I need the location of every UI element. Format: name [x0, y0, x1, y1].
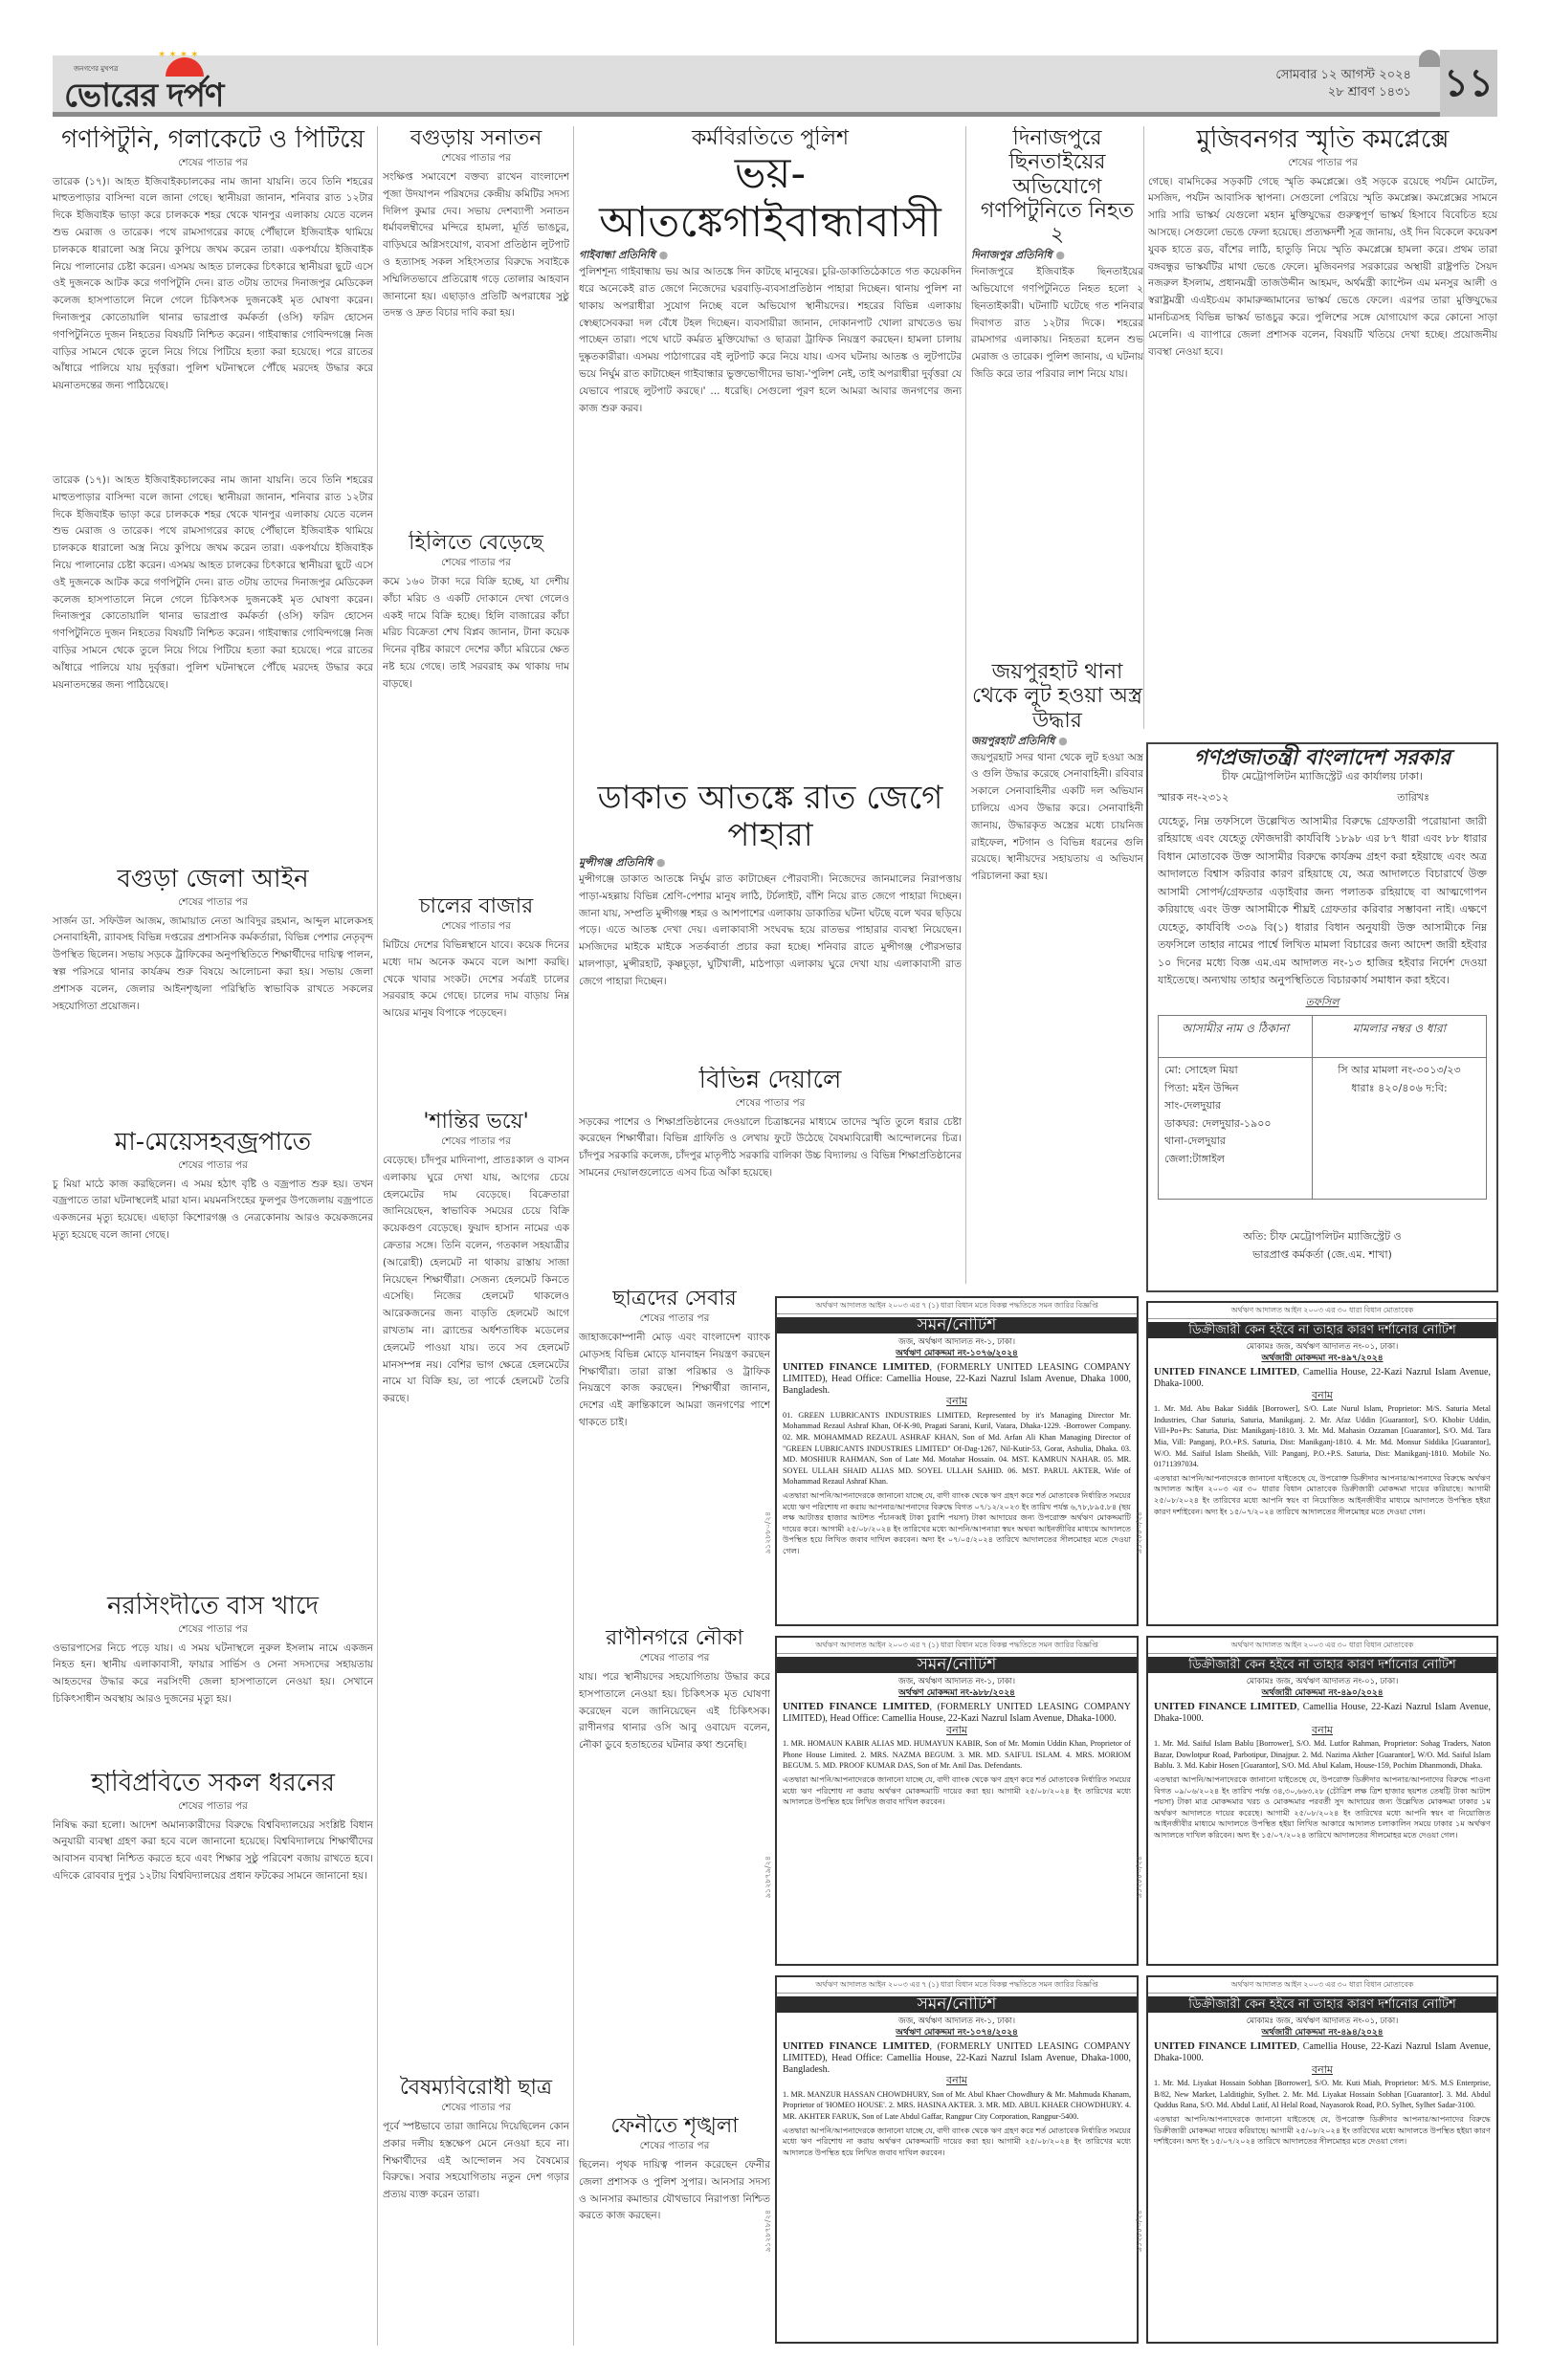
article-body: জয়পুরহাট সদর থানা থেকে লুট হওয়া অস্ত্র… — [971, 750, 1143, 886]
article-shantir-voye: 'শান্তির ভয়ে' শেষের পাতার পর বেড়েছে। চ… — [383, 1110, 569, 2028]
continued-label: শেষের পাতার পর — [383, 555, 569, 572]
continued-label: শেষের পাতার পর — [383, 2100, 569, 2117]
ad-banner: ডিক্রীজারী কেন হইবে না তাহার কারণ দর্শান… — [1148, 1322, 1496, 1339]
article-body: কমে ১৬০ টাকা দরে বিক্রি হচ্ছে, যা দেশীয়… — [383, 574, 569, 694]
ad-defendants: 1. MR. MANZUR HASSAN CHOWDHURY, Son of M… — [783, 2089, 1131, 2123]
article-body: যায়। পরে স্থানীয়দের সহযোগিতায় উদ্ধার … — [579, 1669, 770, 1754]
ad-court: জজ, অর্থঋণ আদালত নং-১, ঢাকা। — [783, 1337, 1131, 1349]
newspaper-logo: ভোরের দর্পণ — [64, 71, 223, 125]
article-body: পূর্বে স্পষ্টভাবে তারা জানিয়ে দিয়েছিলে… — [383, 2119, 569, 2204]
byline: জয়পুরহাট প্রতিনিধি — [971, 733, 1143, 750]
article-dakat: ডাকাত আতঙ্কে রাত জেগে পাহারা মুন্সীগঞ্জ … — [579, 780, 962, 1062]
ad-case-number: অর্থঋণ মোকদ্দমা নং-১০৭৪/২০২৪ — [783, 2028, 1131, 2039]
ad-code: ৯১২৮৮০/২৪ — [762, 1511, 774, 1554]
accused-district: জেলা:টাঙ্গাইল — [1164, 1151, 1306, 1169]
ad-versus: বনাম — [783, 2075, 1131, 2086]
ad-top-line: অর্থঋণ আদালত আইন ২০০৩ এর ৩০ ধারা বিধান ম… — [1148, 1303, 1496, 1319]
column-divider — [573, 126, 574, 2346]
case-number: সি আর মামলা নং-৩০১৩/২৩ — [1318, 1062, 1480, 1080]
plaintiff-name: UNITED FINANCE LIMITED — [783, 1701, 930, 1712]
accused-village: সাং-দেলদুয়ার — [1164, 1097, 1306, 1115]
plaintiff-name: UNITED FINANCE LIMITED — [783, 1361, 930, 1373]
ad-top-line: অর্থঋণ আদালত আইন ২০০৩ এর ৭ (১) ধারা বিধা… — [777, 1298, 1137, 1314]
continued-label: শেষের পাতার পর — [579, 1650, 770, 1667]
article-body: পুলিশশূন্য গাইবান্ধায় ভয় আর আতঙ্কে দিন… — [579, 264, 962, 417]
ad-banner: সমন/নোটিশ — [777, 1996, 1137, 2014]
ad-body: এতদ্বারা আপনি/আপনাদেরকে জানানো যাইতেছে য… — [1154, 1774, 1491, 1841]
page-number: ১১ — [1440, 50, 1497, 117]
article-body: তারেক (১৭)। আহত ইজিবাইকচালকের নাম জানা য… — [53, 473, 373, 694]
ad-plaintiff: UNITED FINANCE LIMITED, (FORMERLY UNITED… — [783, 2041, 1131, 2075]
article-boishommo: বৈষম্যবিরোধী ছাত্র শেষের পাতার পর পূর্বে… — [383, 2076, 569, 2344]
ad-plaintiff: UNITED FINANCE LIMITED, Camellia House, … — [1154, 1367, 1491, 1389]
article-body: সার্জন ডা. সফিউল আজম, জামায়াত নেতা আবিদ… — [53, 914, 373, 1016]
article-body: মিটিয়ে দেশের বিভিন্নস্থানে যাবে। কয়েক … — [383, 937, 569, 1023]
ad-code: ৯১২৮৮০/২৪ — [1133, 2210, 1145, 2252]
headline: মুজিবনগর স্মৃতি কমপ্লেক্সে — [1148, 126, 1497, 155]
ad-banner: সমন/নোটিশ — [777, 1657, 1137, 1674]
ad-case-number: অর্থঋণ মোকদ্দমা নং-১০৭৬/২০২৪ — [783, 1349, 1131, 1360]
headline: ছাত্রদের সেবার — [579, 1287, 770, 1311]
case-section: ধারাঃ ৪২০/৪০৬ দ:বি: — [1318, 1080, 1480, 1098]
article-bogura-sanatan: বগুড়ায় সনাতন শেষের পাতার পর সংক্ষিপ্ত … — [383, 126, 569, 528]
ad-code: ৯১২৮৮০/২৪ — [1133, 1856, 1145, 1898]
article-body: সড়কের পাশের ও শিক্ষাপ্রতিষ্ঠানের দেওয়া… — [579, 1114, 962, 1182]
accused-postoffice: ডাকঘর: দেলদুয়ার-১৯০০ — [1164, 1115, 1306, 1134]
continued-label: শেষের পাতার পর — [53, 1798, 373, 1816]
ad-court: মোকামঃ জজ, অর্থঋণ আদালত নং-০১, ঢাকা। — [1154, 1342, 1491, 1354]
plaintiff-name: UNITED FINANCE LIMITED — [1154, 1366, 1297, 1377]
legal-ad: অর্থঋণ আদালত আইন ২০০৩ এর ৭ (১) ধারা বিধা… — [775, 1296, 1139, 1626]
article-body: ছিলেন। পৃথক দায়িত্ব পালন করেছেন ফেনীর জ… — [579, 2157, 770, 2225]
ad-defendants: 1. Mr. Md. Abu Bakar Siddik [Borrower], … — [1154, 1403, 1491, 1470]
plaintiff-name: UNITED FINANCE LIMITED — [1154, 2040, 1297, 2052]
headline: জয়পুরহাট থানা থেকে লুট হওয়া অস্ত্র উদ্… — [971, 660, 1143, 733]
article-dinajpur-chintai: দিনাজপুরে ছিনতাইয়ের অভিযোগে গণপিটুনিতে … — [971, 126, 1143, 643]
legal-ad: অর্থঋণ আদালত আইন ২০০৩ এর ৭ (১) ধারা বিধা… — [775, 1975, 1139, 2344]
byline: গাইবান্ধা প্রতিনিধি — [579, 247, 962, 264]
byline: দিনাজপুর প্রতিনিধি — [971, 247, 1143, 264]
ad-body: এতদ্বারা আপনি/আপনাদেরকে জানানো যাইতেছে য… — [1154, 1473, 1491, 1517]
article-body: ওভারপাসের নিচে পড়ে যায়। এ সময় ঘটনাস্থ… — [53, 1641, 373, 1708]
headline: বিভিন্ন দেয়ালে — [579, 1067, 962, 1095]
article-body: বেড়েছে। চাঁদপুর মাদিনাপা, প্রাতঃকাল ও ব… — [383, 1153, 569, 1408]
headline: নরসিংদীতে বাস খাদে — [53, 1593, 373, 1621]
article-body: মুন্সীগঞ্জে ডাকাত আতঙ্কে নির্ঘুম রাত কাট… — [579, 871, 962, 991]
article-body: জাহাজকোম্পানী মোড় এবং বাংলাদেশ ব্যাংক ম… — [579, 1330, 770, 1432]
article-chaler-bazar: চালের বাজার শেষের পাতার পর মিটিয়ে দেশের… — [383, 894, 569, 1100]
ad-body: এতদ্বারা আপনি/আপনাদেরকে জানানো যাচ্ছে যে… — [783, 2126, 1131, 2159]
continued-label: শেষের পাতার পর — [383, 918, 569, 936]
table-row: মো: সোহেল মিয়া পিতা: মইন উদ্দিন সাং-দেল… — [1159, 1058, 1487, 1200]
ad-banner: ডিক্রীজারী কেন হইবে না তাহার কারণ দর্শান… — [1148, 1996, 1496, 2014]
ad-plaintiff: UNITED FINANCE LIMITED, Camellia House, … — [1154, 1702, 1491, 1724]
continued-label: শেষের পাতার পর — [383, 1134, 569, 1151]
headline: ডাকাত আতঙ্কে রাত জেগে পাহারা — [579, 780, 962, 854]
ad-top-line: অর্থঋণ আদালত আইন ২০০৩ এর ৭ (১) ধারা বিধা… — [777, 1638, 1137, 1654]
ad-top-line: অর্থঋণ আদালত আইন ২০০৩ এর ৩০ ধারা বিধান ম… — [1148, 1638, 1496, 1654]
column-divider — [377, 126, 378, 2346]
column-divider — [1143, 126, 1144, 729]
ad-case-number: অর্থজারী মোকদ্দমা নং-৪৯৪/২০২৪ — [1154, 2028, 1491, 2039]
ad-court: মোকামঃ জজ, অর্থঋণ আদালত নং-০১, ঢাকা। — [1154, 2016, 1491, 2028]
headline: হাবিপ্রবিতে সকল ধরনের — [53, 1770, 373, 1798]
headline: দিনাজপুরে ছিনতাইয়ের অভিযোগে গণপিটুনিতে … — [971, 126, 1143, 247]
ad-body: এতদ্বারা আপনি/আপনাদেরকে জানানো যাইতেছে য… — [1154, 2114, 1491, 2148]
legal-ad: অর্থঋণ আদালত আইন ২০০৩ এর ৩০ ধারা বিধান ম… — [1146, 1975, 1498, 2344]
headline: বগুড়ায় সনাতন — [383, 126, 569, 150]
ad-versus: বনাম — [1154, 2064, 1491, 2076]
plaintiff-name: UNITED FINANCE LIMITED — [783, 2040, 930, 2052]
headline: 'শান্তির ভয়ে' — [383, 1110, 569, 1134]
article-gonopituni-cont: তারেক (১৭)। আহত ইজিবাইকচালকের নাম জানা য… — [53, 473, 373, 867]
article-body: গেছে। বামদিকের সড়কটি গেছে স্মৃতি কমপ্লে… — [1148, 174, 1497, 362]
continued-label: শেষের পাতার পর — [383, 150, 569, 167]
article-ma-meye: মা-মেয়েসহবজ্রপাতে শেষের পাতার পর চু মিয… — [53, 1129, 373, 1617]
ad-court: জজ, অর্থঋণ আদালত নং-১, ঢাকা। — [783, 2016, 1131, 2028]
byline: মুন্সীগঞ্জ প্রতিনিধি — [579, 854, 962, 871]
memo-number: স্মারক নং-২৩১২ — [1158, 789, 1229, 807]
signature-line: ভারপ্রাপ্ত কর্মকর্তা (জে.এম. শাখা) — [1158, 1246, 1487, 1265]
article-chhatroder-sebar: ছাত্রদের সেবার শেষের পাতার পর জাহাজকোম্প… — [579, 1287, 770, 1602]
schedule-table: আসামীর নাম ও ঠিকানা মামলার নম্বর ও ধারা … — [1158, 1015, 1487, 1200]
article-raninagar: রাণীনগরে নৌকা শেষের পাতার পর যায়। পরে স… — [579, 1626, 770, 2009]
government-notice: গণপ্রজাতন্ত্রী বাংলাদেশ সরকার চীফ মেট্রো… — [1146, 742, 1498, 1292]
continued-label: শেষের পাতার পর — [1148, 155, 1497, 172]
ad-top-line: অর্থঋণ আদালত আইন ২০০৩ এর ৭ (১) ধারা বিধা… — [777, 1977, 1137, 1994]
article-bibhinna-deyale: বিভিন্ন দেয়ালে শেষের পাতার পর সড়কের পা… — [579, 1067, 962, 1282]
issue-date: সোমবার ১২ আগস্ট ২০২৪ ২৮ শ্রাবণ ১৪৩১ — [1275, 67, 1411, 101]
article-body: চু মিয়া মাঠে কাজ করছিলেন। এ সময় হঠাৎ ব… — [53, 1177, 373, 1245]
continued-label: শেষের পাতার পর — [579, 2138, 770, 2155]
signature: অতি: চীফ মেট্রোপলিটন ম্যাজিস্ট্রেট ও ভার… — [1158, 1228, 1487, 1264]
notice-title: গণপ্রজাতন্ত্রী বাংলাদেশ সরকার — [1158, 750, 1487, 768]
article-bogura-jela-ain: বগুড়া জেলা আইন শেষের পাতার পর সার্জন ডা… — [53, 866, 373, 1124]
date-gregorian: সোমবার ১২ আগস্ট ২০২৪ — [1275, 67, 1411, 84]
ad-case-number: অর্থজারী মোকদ্দমা নং-৪৯০/২০২৪ — [1154, 1688, 1491, 1700]
ad-banner: ডিক্রীজারী কেন হইবে না তাহার কারণ দর্শান… — [1148, 1657, 1496, 1674]
article-hili: হিলিতে বেড়েছে শেষের পাতার পর কমে ১৬০ টা… — [383, 531, 569, 856]
legal-ad: অর্থঋণ আদালত আইন ২০০৩ এর ৩০ ধারা বিধান ম… — [1146, 1301, 1498, 1626]
ad-versus: বনাম — [1154, 1725, 1491, 1736]
ad-plaintiff: UNITED FINANCE LIMITED, (FORMERLY UNITED… — [783, 1362, 1131, 1396]
ad-plaintiff: UNITED FINANCE LIMITED, Camellia House, … — [1154, 2041, 1491, 2063]
headline: রাণীনগরে নৌকা — [579, 1626, 770, 1650]
date-label: তারিখঃ — [1397, 789, 1429, 807]
article-gonopituni: গণপিটুনি, গলাকেটে ও পিটিয়ে শেষের পাতার … — [53, 126, 373, 473]
accused-name: মো: সোহেল মিয়া — [1164, 1062, 1306, 1080]
headline: ফেনীতে শৃঙ্খলা — [579, 2114, 770, 2138]
col-accused: আসামীর নাম ও ঠিকানা — [1159, 1016, 1313, 1058]
headline: বগুড়া জেলা আইন — [53, 866, 373, 894]
signature-line: অতি: চীফ মেট্রোপলিটন ম্যাজিস্ট্রেট ও — [1158, 1228, 1487, 1246]
article-joypurhat: জয়পুরহাট থানা থেকে লুট হওয়া অস্ত্র উদ্… — [971, 660, 1143, 1282]
article-body: সংক্ষিপ্ত সমাবেশে বক্তব্য রাখেন বাংলাদেশ… — [383, 169, 569, 322]
article-feni: ফেনীতে শৃঙ্খলা শেষের পাতার পর ছিলেন। পৃথ… — [579, 2114, 770, 2344]
legal-ad: অর্থঋণ আদালত আইন ২০০৩ এর ৭ (১) ধারা বিধা… — [775, 1636, 1139, 1966]
col-case: মামলার নম্বর ও ধারা — [1312, 1016, 1486, 1058]
ad-defendants: 1. MR. HOMAUN KABIR ALIAS MD. HUMAYUN KA… — [783, 1738, 1131, 1772]
headline: বৈষম্যবিরোধী ছাত্র — [383, 2076, 569, 2100]
ad-versus: বনাম — [1154, 1390, 1491, 1401]
headline: মা-মেয়েসহবজ্রপাতে — [53, 1129, 373, 1157]
continued-label: শেষের পাতার পর — [53, 1157, 373, 1175]
ad-defendants: 1. Mr. Md. Liyakat Hossain Sobhan [Borro… — [1154, 2078, 1491, 2111]
legal-ad: অর্থঋণ আদালত আইন ২০০৩ এর ৩০ ধারা বিধান ম… — [1146, 1636, 1498, 1966]
plaintiff-name: UNITED FINANCE LIMITED — [1154, 1701, 1297, 1712]
ad-body: এতদ্বারা আপনি/আপনাদেরকে জানানো যাচ্ছে যে… — [783, 1490, 1131, 1557]
notice-subtitle: চীফ মেট্রোপলিটন ম্যাজিস্ট্রেট এর কার্যাল… — [1158, 768, 1487, 786]
schedule-caption: তফসিল — [1158, 994, 1487, 1012]
ad-defendants: 01. GREEN LUBRICANTS INDUSTRIES LIMITED,… — [783, 1410, 1131, 1487]
accused-father: পিতা: মইন উদ্দিন — [1164, 1080, 1306, 1098]
ad-case-number: অর্থঋণ মোকদ্দমা নং-৯৮৮/২০২৪ — [783, 1688, 1131, 1700]
continued-label: শেষের পাতার পর — [53, 1621, 373, 1639]
article-body: তারেক (১৭)। আহত ইজিবাইকচালকের নাম জানা য… — [53, 174, 373, 395]
article-narsingdi: নরসিংদীতে বাস খাদে শেষের পাতার পর ওভারপা… — [53, 1593, 373, 1765]
notice-body: যেহেতু, নিম্ন তফসিলে উল্লেখিত আসামীর বির… — [1158, 813, 1487, 990]
ad-versus: বনাম — [783, 1725, 1131, 1736]
ad-case-number: অর্থজারী মোকদ্দমা নং-৪৯৭/২০২৪ — [1154, 1354, 1491, 1365]
continued-label: শেষের পাতার পর — [579, 1095, 962, 1113]
headline: চালের বাজার — [383, 894, 569, 918]
column-divider — [965, 126, 966, 1284]
ad-versus: বনাম — [783, 1396, 1131, 1407]
date-bangla: ২৮ শ্রাবণ ১৪৩১ — [1275, 84, 1411, 101]
ad-plaintiff: UNITED FINANCE LIMITED, (FORMERLY UNITED… — [783, 1702, 1131, 1724]
continued-label: শেষের পাতার পর — [579, 1311, 770, 1328]
article-mujibnagar: মুজিবনগর স্মৃতি কমপ্লেক্সে শেষের পাতার প… — [1148, 126, 1497, 734]
continued-label: শেষের পাতার পর — [53, 894, 373, 912]
ad-banner: সমন/নোটিশ — [777, 1317, 1137, 1334]
continued-label: শেষের পাতার পর — [53, 155, 373, 172]
ad-defendants: 1. Mr. Md. Saiful Islam Bablu [Borrower]… — [1154, 1738, 1491, 1772]
ad-top-line: অর্থঋণ আদালত আইন ২০০৩ এর ৩০ ধারা বিধান ম… — [1148, 1977, 1496, 1994]
masthead: ✶✶✶✶ জনগণের মুখপত্র ভোরের দর্পণ সোমবার ১… — [53, 55, 1497, 117]
ad-code: ৯১২৮৭৯/২৪ — [762, 1856, 774, 1898]
article-body: নিষিদ্ধ করা হলো। আদেশ অমান্যকারীদের বিরু… — [53, 1818, 373, 1885]
article-body: দিনাজপুরে ইজিবাইক ছিনতাইয়ের অভিযোগে গণপ… — [971, 264, 1143, 384]
ad-court: জজ, অর্থঋণ আদালত নং-১, ঢাকা। — [783, 1677, 1131, 1688]
article-gaibandha: কর্মবিরতিতে পুলিশ ভয়-আতঙ্কেগাইবান্ধাবাস… — [579, 126, 962, 762]
ad-court: মোকামঃ জজ, অর্থঋণ আদালত নং-০১, ঢাকা। — [1154, 1677, 1491, 1688]
ad-code: ৯১২৮৮০/২৪ — [1133, 1511, 1145, 1554]
ad-code: ৯১২৮৭৮/২৪ — [762, 2210, 774, 2252]
headline: ভয়-আতঙ্কেগাইবান্ধাবাসী — [579, 150, 962, 247]
kicker: কর্মবিরতিতে পুলিশ — [579, 126, 962, 150]
article-habiprobi: হাবিপ্রবিতে সকল ধরনের শেষের পাতার পর নিষ… — [53, 1770, 373, 2344]
headline: হিলিতে বেড়েছে — [383, 531, 569, 555]
headline: গণপিটুনি, গলাকেটে ও পিটিয়ে — [53, 126, 373, 155]
ad-body: এতদ্বারা আপনি/আপনাদেরকে জানানো যাচ্ছে যে… — [783, 1774, 1131, 1808]
accused-thana: থানা-দেলদুয়ার — [1164, 1133, 1306, 1151]
